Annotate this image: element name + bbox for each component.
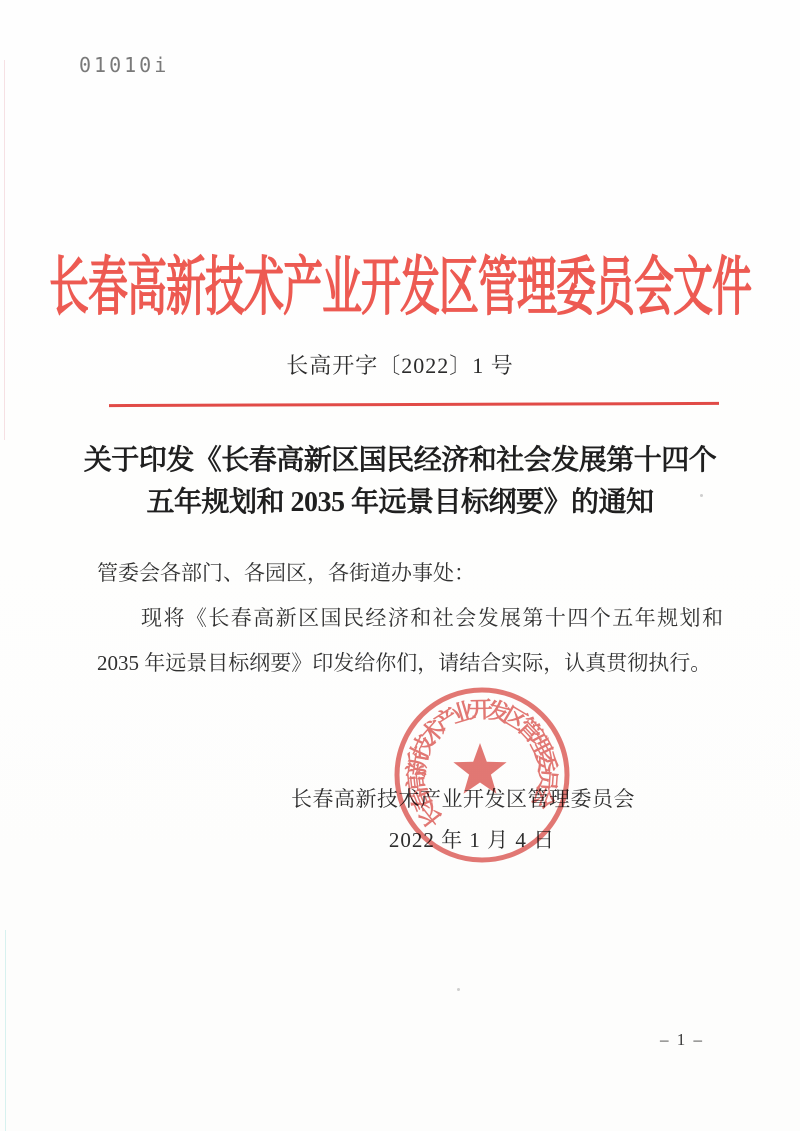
doc-number: 长高开字〔2022〕1 号 xyxy=(0,348,800,384)
document-page: 01010i 长春高新技术产业开发区管理委员会文件 长高开字〔2022〕1 号 … xyxy=(0,0,800,1131)
notice-title-line1: 关于印发《长春高新区国民经济和社会发展第十四个 xyxy=(60,440,740,482)
masthead-title: 长春高新技术产业开发区管理委员会文件 xyxy=(0,208,800,368)
notice-title: 关于印发《长春高新区国民经济和社会发展第十四个 五年规划和 2035 年远景目标… xyxy=(60,440,740,524)
red-separator-rule xyxy=(109,402,719,407)
scan-speck xyxy=(457,988,460,991)
official-seal-icon: 长春高新技术产业开发区管理委员会 xyxy=(387,680,577,870)
serial-stamp: 01010i xyxy=(79,53,169,77)
scan-speck xyxy=(700,494,703,497)
seal-star-icon xyxy=(453,743,506,794)
body-text: 管委会各部门、各园区，各街道办事处： 现将《长春高新区国民经济和社会发展第十四个… xyxy=(97,551,723,686)
notice-title-line2: 五年规划和 2035 年远景目标纲要》的通知 xyxy=(60,482,740,524)
salutation: 管委会各部门、各园区，各街道办事处： xyxy=(97,551,723,596)
page-number: – 1 – xyxy=(660,1030,704,1050)
scan-artifact-line xyxy=(4,60,5,440)
paragraph-line1: 现将《长春高新区国民经济和社会发展第十四个五年规划和 xyxy=(97,596,723,641)
scan-artifact-line xyxy=(5,930,6,1131)
